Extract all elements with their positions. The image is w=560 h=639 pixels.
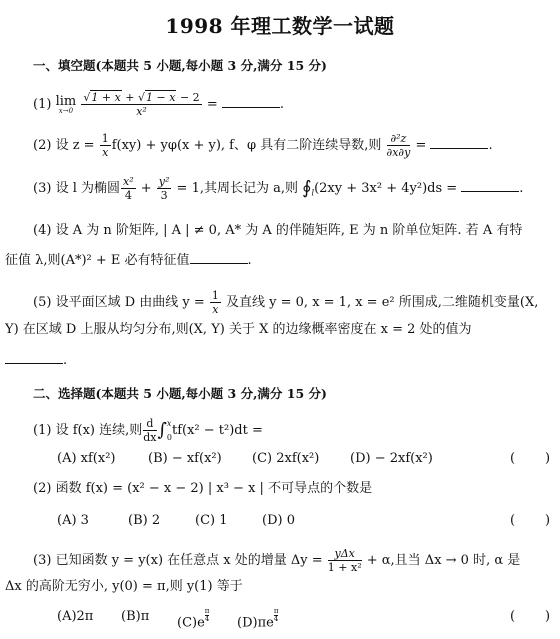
- question-number: (3): [33, 553, 51, 568]
- fraction-1-over-x: 1 x: [100, 133, 111, 158]
- option-b[interactable]: (B) 2: [128, 512, 160, 530]
- contour-integral-icon: ∮: [302, 178, 311, 199]
- option-b[interactable]: (B)π: [121, 608, 149, 626]
- fraction-y2-over-3: y² 3: [157, 176, 172, 201]
- answer-blank[interactable]: [5, 351, 63, 364]
- answer-paren-close[interactable]: ): [545, 450, 550, 468]
- question-1-3: (3) 设 l 为椭圆 x² 4 + y² 3 = 1,其周长记为 a,则 ∮l…: [33, 176, 523, 203]
- page-title: 1998 年理工数学一试题: [0, 10, 560, 39]
- option-d[interactable]: (D)πeπ4: [237, 608, 278, 632]
- question-number: (2): [33, 138, 51, 153]
- option-c[interactable]: (C)eπ4: [177, 608, 209, 632]
- question-number: (4): [33, 223, 51, 238]
- option-a[interactable]: (A) xf(x²): [57, 450, 116, 468]
- question-2-3-options: (A)2π (B)π (C)eπ4 (D)πeπ4 ( ): [0, 608, 560, 630]
- answer-paren-close[interactable]: ): [545, 608, 550, 626]
- question-2-2: (2) 函数 f(x) = (x² − x − 2) | x³ − x | 不可…: [33, 480, 372, 498]
- option-d[interactable]: (D) − 2xf(x²): [350, 450, 433, 468]
- fraction-x2-over-4: x² 4: [121, 176, 136, 201]
- question-1-5-line2: Y) 在区域 D 上服从均匀分布,则(X, Y) 关于 X 的边缘概率密度在 x…: [5, 321, 472, 339]
- question-2-3-line2: Δx 的高阶无穷小, y(0) = π,则 y(1) 等于: [5, 578, 243, 596]
- question-number: (1): [33, 423, 51, 438]
- option-d[interactable]: (D) 0: [262, 512, 295, 530]
- answer-paren-open[interactable]: (: [510, 450, 515, 468]
- fraction-ydx-over-1plusx2: yΔx 1 + x²: [328, 548, 362, 573]
- option-b[interactable]: (B) − xf(x²): [148, 450, 222, 468]
- question-number: (3): [33, 181, 51, 196]
- answer-blank[interactable]: [430, 136, 488, 149]
- limit-operator: lim x→0: [56, 95, 77, 115]
- derivative-operator: d dx: [143, 418, 156, 443]
- answer-blank[interactable]: [222, 95, 280, 108]
- answer-blank[interactable]: [190, 251, 248, 264]
- question-1-4-line2: 征值 λ,则(A*)² + E 必有特征值.: [5, 251, 252, 270]
- option-a[interactable]: (A)2π: [57, 608, 93, 626]
- question-1-4: (4) 设 A 为 n 阶矩阵, | A | ≠ 0, A* 为 A 的伴随矩阵…: [33, 222, 522, 240]
- answer-blank[interactable]: [461, 179, 519, 192]
- question-number: (5): [33, 295, 51, 310]
- answer-paren-close[interactable]: ): [545, 512, 550, 530]
- question-1-5: (5) 设平面区域 D 由曲线 y = 1 x 及直线 y = 0, x = 1…: [33, 290, 538, 315]
- question-number: (1): [33, 97, 51, 112]
- question-2-1: (1) 设 f(x) 连续,则 d dx ∫x0tf(x² − t²)dt =: [33, 418, 263, 443]
- question-2-3: (3) 已知函数 y = y(x) 在任意点 x 处的增量 Δy = yΔx 1…: [33, 548, 520, 573]
- question-2-2-options: (A) 3 (B) 2 (C) 1 (D) 0 ( ): [0, 512, 560, 532]
- question-number: (2): [33, 481, 51, 496]
- integral-icon: ∫: [158, 420, 167, 441]
- option-c[interactable]: (C) 2xf(x²): [252, 450, 319, 468]
- partial-derivative: ∂²z ∂x∂y: [387, 133, 411, 158]
- question-1-2: (2) 设 z = 1 x f(xy) + yφ(x + y), f、φ 具有二…: [33, 133, 493, 158]
- option-c[interactable]: (C) 1: [195, 512, 228, 530]
- section-heading-multiple-choice: 二、选择题(本题共 5 小题,每小题 3 分,满分 15 分): [33, 384, 327, 402]
- question-2-1-options: (A) xf(x²) (B) − xf(x²) (C) 2xf(x²) (D) …: [0, 450, 560, 470]
- option-a[interactable]: (A) 3: [57, 512, 89, 530]
- section-heading-fill-in: 一、填空题(本题共 5 小题,每小题 3 分,满分 15 分): [33, 56, 327, 74]
- question-1-1: (1) lim x→0 √1 + x + √1 − x − 2 x² = .: [33, 92, 284, 117]
- answer-paren-open[interactable]: (: [510, 608, 515, 626]
- question-1-5-line3: .: [5, 351, 67, 370]
- answer-paren-open[interactable]: (: [510, 512, 515, 530]
- limit-fraction: √1 + x + √1 − x − 2 x²: [81, 92, 201, 117]
- fraction-1-over-x: 1 x: [210, 290, 221, 315]
